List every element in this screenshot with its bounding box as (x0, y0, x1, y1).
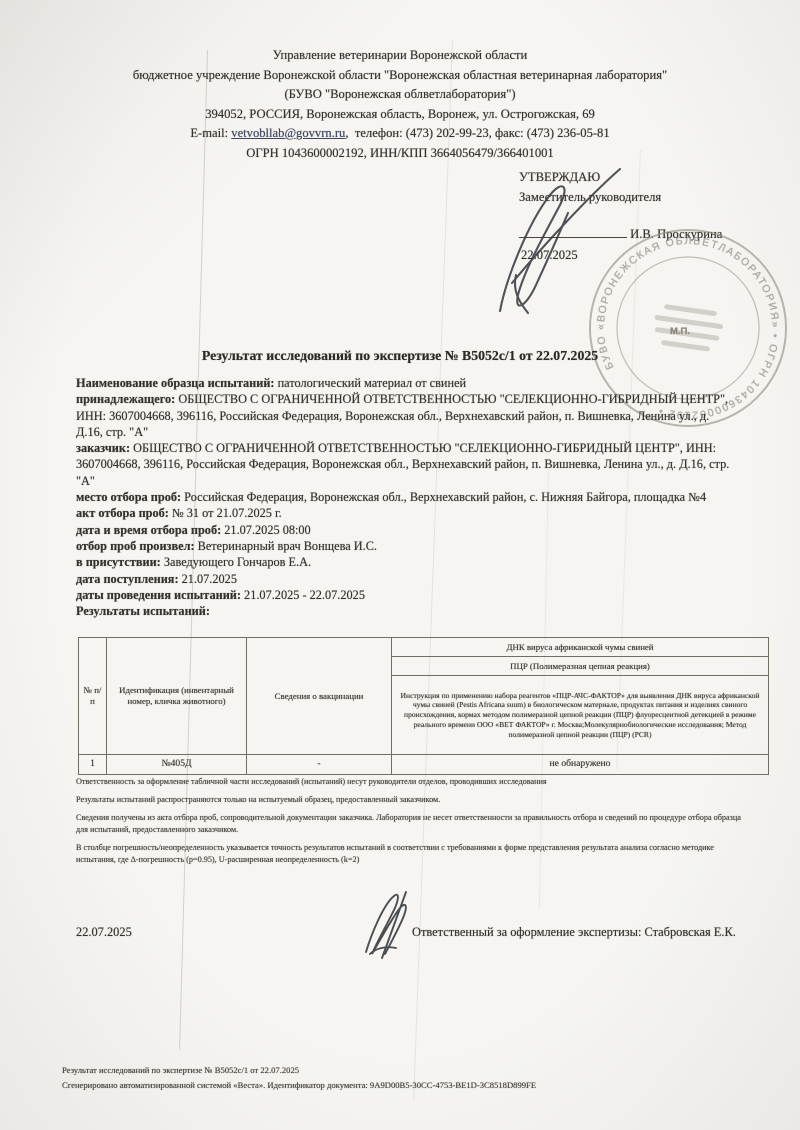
email-label: E-mail: (190, 126, 228, 140)
detail-row: заказчик: ОБЩЕСТВО С ОГРАНИЧЕННОЙ ОТВЕТС… (76, 440, 738, 489)
row-number-cell: 1 (79, 755, 107, 775)
col-header-vaccination: Сведения о вакцинации (247, 638, 392, 755)
email-link[interactable]: vetvobllab@govvrn.ru (231, 126, 345, 140)
approval-date: 22.07.2025 (519, 245, 722, 265)
approval-block: УТВЕРЖДАЮ Заместитель руководителя И.В. … (519, 167, 722, 265)
scanned-document-page: Управление ветеринарии Воронежской облас… (0, 0, 800, 1130)
approver-name: И.В. Проскурина (630, 227, 722, 241)
org-name: бюджетное учреждение Воронежской области… (0, 66, 800, 86)
table-row: 1 №405Д - не обнаружено (79, 755, 769, 775)
sample-details: Наименование образца испытаний: патологи… (76, 375, 738, 619)
detail-row: отбор проб произвел: Ветеринарный врач В… (76, 538, 738, 554)
approver-position: Заместитель руководителя (519, 187, 722, 207)
detail-row: принадлежащего: ОБЩЕСТВО С ОГРАНИЧЕННОЙ … (76, 391, 738, 440)
footnote: Ответственность за оформление табличной … (76, 776, 754, 788)
detail-row: дата поступления: 21.07.2025 (76, 571, 738, 587)
org-short-name: (БУВО "Воронежская облветлаборатория") (0, 85, 800, 105)
test-method-header: ПЦР (Полимеразная цепная реакция) (392, 657, 769, 676)
footnote: В столбце погрешность/неопределенность у… (76, 842, 754, 866)
org-contacts-line: E-mail: vetvobllab@govvrn.ru, телефон: (… (0, 124, 800, 144)
signature-line (519, 225, 627, 238)
detail-row: дата и время отбора проб: 21.07.2025 08:… (76, 522, 738, 538)
executor-signoff-text: Ответственный за оформление экспертизы: … (412, 925, 782, 940)
footer-expertise-ref: Результат исследований по экспертизе № В… (62, 1063, 762, 1078)
footer-generated-id: Сгенерировано автоматизированной системо… (62, 1078, 762, 1093)
approver-signature-row: И.В. Проскурина (519, 224, 722, 244)
test-target-header: ДНК вируса африканской чумы свиней (392, 638, 769, 657)
detail-row: даты проведения испытаний: 21.07.2025 - … (76, 587, 738, 603)
org-address: 394052, РОССИЯ, Воронежская область, Вор… (0, 105, 800, 125)
row-vaccination-cell: - (247, 755, 392, 775)
executor-signature-scrawl (352, 888, 422, 960)
org-phone-fax: телефон: (473) 202-99-23, факс: (473) 23… (355, 126, 610, 140)
document-title: Результат исследований по экспертизе № В… (0, 348, 800, 364)
col-header-identification: Идентификация (инвентарный номер, кличка… (107, 638, 247, 755)
signoff-date: 22.07.2025 (76, 925, 132, 940)
org-registration-numbers: ОГРН 1043600002192, ИНН/КПП 3664056479/3… (0, 144, 800, 164)
footnotes: Ответственность за оформление табличной … (76, 776, 754, 872)
org-authority: Управление ветеринарии Воронежской облас… (0, 46, 800, 66)
test-method-description: Инструкция по применению набора реагенто… (392, 676, 769, 755)
detail-row: Результаты испытаний: (76, 603, 738, 619)
footnote: Результаты испытаний распространяются то… (76, 794, 754, 806)
detail-row: в присутствии: Заведующего Гончаров Е.А. (76, 554, 738, 570)
row-result-cell: не обнаружено (392, 755, 769, 775)
detail-row: место отбора проб: Российская Федерация,… (76, 489, 738, 505)
footnote: Сведения получены из акта отбора проб, с… (76, 812, 754, 836)
stamp-mp-label: М.П. (670, 326, 690, 337)
col-header-number: № п/п (79, 638, 107, 755)
detail-row: акт отбора проб: № 31 от 21.07.2025 г. (76, 505, 738, 521)
document-footer: Результат исследований по экспертизе № В… (62, 1063, 762, 1092)
approve-word: УТВЕРЖДАЮ (519, 167, 722, 187)
letterhead: Управление ветеринарии Воронежской облас… (0, 46, 800, 163)
row-identification-cell: №405Д (107, 755, 247, 775)
results-table: № п/п Идентификация (инвентарный номер, … (78, 637, 769, 775)
detail-row: Наименование образца испытаний: патологи… (76, 375, 738, 391)
